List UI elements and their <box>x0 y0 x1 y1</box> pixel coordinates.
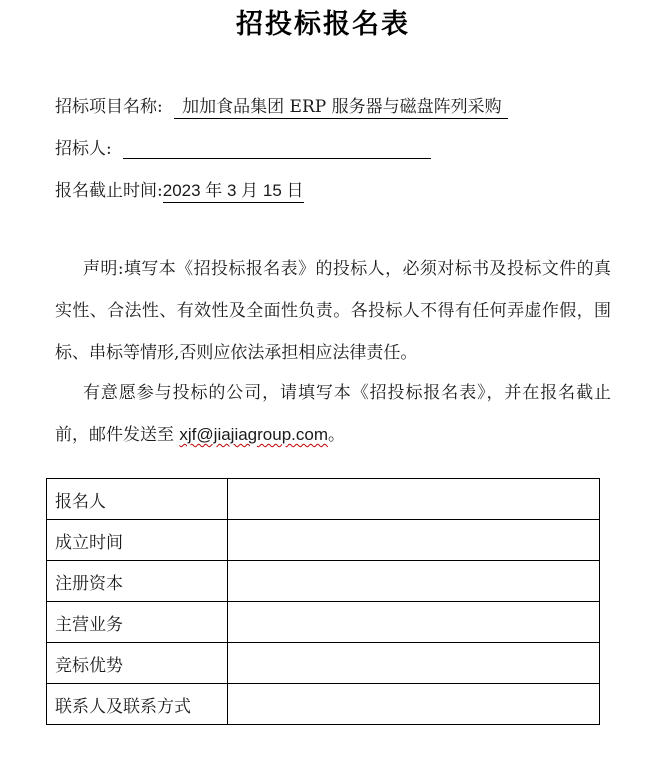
project-name-field[interactable]: 加加食品集团 ERP 服务器与磁盘阵列采购 <box>174 92 507 119</box>
table-row: 竞标优势 <box>47 643 600 684</box>
row-value-established[interactable] <box>228 520 600 561</box>
row-label-advantages: 竞标优势 <box>47 643 228 684</box>
row-value-capital[interactable] <box>228 561 600 602</box>
deadline-value: 2023 年 3 月 15 日 <box>163 181 304 200</box>
email-link[interactable]: xjf@jiajiagroup.com <box>179 425 328 444</box>
deadline-label: 报名截止时间: <box>55 181 163 201</box>
instruction-end: 。 <box>328 425 345 445</box>
project-name-line: 招标项目名称: 加加食品集团 ERP 服务器与磁盘阵列采购 <box>55 92 508 119</box>
table-row: 联系人及联系方式 <box>47 684 600 725</box>
row-value-advantages[interactable] <box>228 643 600 684</box>
row-label-registrant: 报名人 <box>47 479 228 520</box>
table-row: 注册资本 <box>47 561 600 602</box>
tenderer-label: 招标人: <box>55 139 112 159</box>
instruction-paragraph: 有意愿参与投标的公司，请填写本《招投标报名表》，并在报名截止前，邮件发送至 xj… <box>55 372 611 456</box>
row-value-contact[interactable] <box>228 684 600 725</box>
row-value-registrant[interactable] <box>228 479 600 520</box>
table-row: 主营业务 <box>47 602 600 643</box>
tenderer-line: 招标人: <box>55 134 431 159</box>
registration-table: 报名人 成立时间 注册资本 主营业务 竞标优势 联系人及联系方式 <box>46 478 600 725</box>
row-label-established: 成立时间 <box>47 520 228 561</box>
deadline-line: 报名截止时间:2023 年 3 月 15 日 <box>55 176 304 203</box>
row-label-contact: 联系人及联系方式 <box>47 684 228 725</box>
project-name-label: 招标项目名称: <box>55 97 163 117</box>
statement-paragraph: 声明:填写本《招投标报名表》的投标人，必须对标书及投标文件的真实性、合法性、有效… <box>55 248 611 374</box>
row-value-business[interactable] <box>228 602 600 643</box>
project-name-value: 加加食品集团 ERP 服务器与磁盘阵列采购 <box>182 97 501 117</box>
document-title: 招投标报名表 <box>0 2 646 41</box>
row-label-business: 主营业务 <box>47 602 228 643</box>
table-row: 报名人 <box>47 479 600 520</box>
row-label-capital: 注册资本 <box>47 561 228 602</box>
table-row: 成立时间 <box>47 520 600 561</box>
tenderer-field[interactable] <box>123 139 431 159</box>
deadline-field[interactable]: 2023 年 3 月 15 日 <box>163 176 304 203</box>
